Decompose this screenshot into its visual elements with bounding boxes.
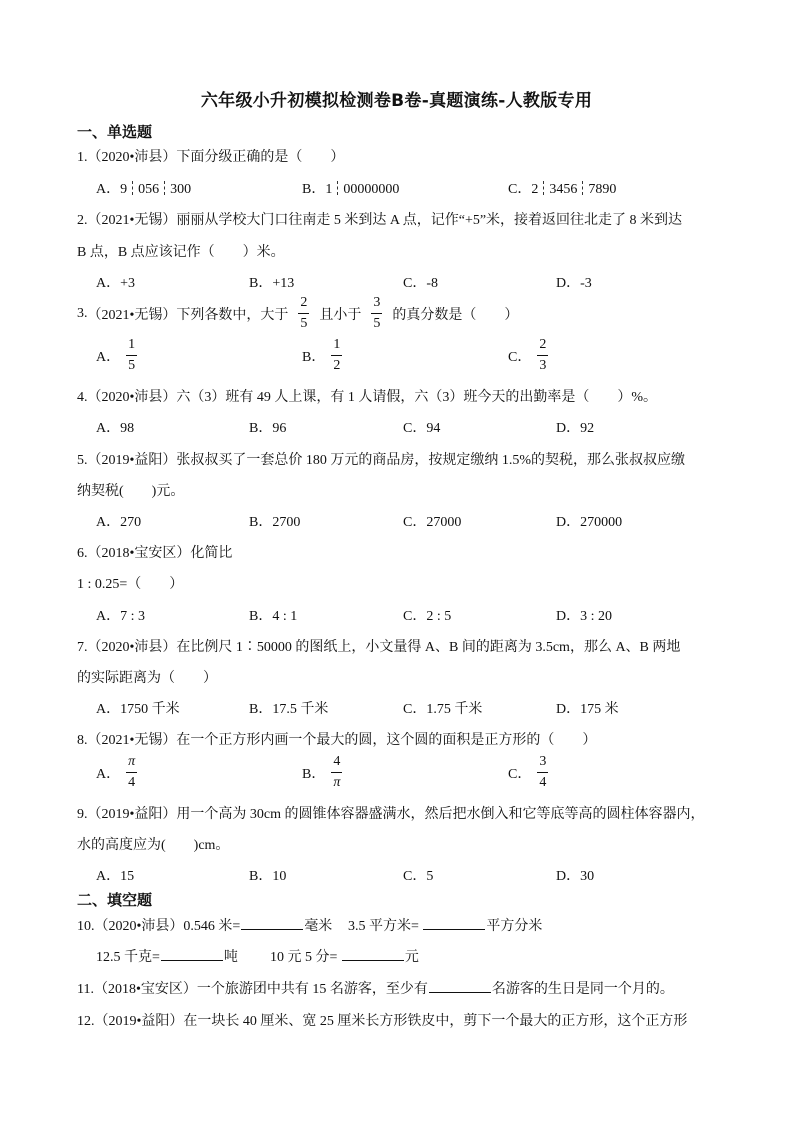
q9-option-a: A．15: [96, 865, 134, 885]
fraction: 15: [126, 338, 137, 373]
q9-option-d: D．30: [556, 865, 594, 885]
q6-option-d: D．3 : 20: [556, 605, 612, 625]
digit-group-separator: [164, 181, 165, 195]
question-number: 1.: [77, 150, 88, 165]
question-10-item-4: 10 元 5 分= 元: [270, 946, 419, 966]
fraction: 34: [537, 755, 548, 790]
question-6-line-2: 1 : 0.25=（ ）: [77, 573, 183, 593]
question-2: 2.（2021•无锡）丽丽从学校大门口往南走 5 米到达 A 点，记作“+5”米…: [77, 209, 682, 229]
question-2-line-2: B 点，B 点应该记作（ ）米。: [77, 241, 285, 261]
question-stem: （2020•沛县）下面分级正确的是（ ）: [88, 150, 345, 165]
answer-blank[interactable]: [241, 915, 303, 930]
q6-option-b: B．4 : 1: [249, 605, 297, 625]
q6-option-c: C．2 : 5: [403, 605, 451, 625]
digit-group-separator: [543, 181, 544, 195]
q5-option-c: C．27000: [403, 511, 461, 531]
q3-option-a: A． 15: [96, 338, 143, 373]
digit-group-separator: [337, 181, 338, 195]
digit-group-separator: [132, 181, 133, 195]
q9-option-c: C．5: [403, 865, 433, 885]
q9-option-b: B．10: [249, 865, 286, 885]
q7-option-d: D．175 米: [556, 698, 619, 718]
fraction: 23: [537, 338, 548, 373]
question-9-line-2: 水的高度应为( )cm。: [77, 834, 229, 854]
q2-option-b: B．+13: [249, 272, 294, 292]
q4-option-b: B．96: [249, 417, 286, 437]
q7-option-b: B．17.5 千米: [249, 698, 328, 718]
answer-blank[interactable]: [342, 946, 404, 961]
question-7: 7.（2020•沛县）在比例尺 1∶50000 的图纸上，小文量得 A、B 间的…: [77, 636, 680, 656]
q4-option-d: D．92: [556, 417, 594, 437]
question-11: 11.（2018•宝安区）一个旅游团中共有 15 名游客，至少有名游客的生日是同…: [77, 978, 674, 998]
q4-option-a: A．98: [96, 417, 134, 437]
fraction: 4π: [331, 755, 342, 790]
q4-option-c: C．94: [403, 417, 440, 437]
q5-option-a: A．270: [96, 511, 141, 531]
question-10-item-2: 3.5 平方米= 平方分米: [348, 915, 542, 935]
question-10-item-3: 12.5 千克=吨: [96, 946, 238, 966]
q5-option-b: B．2700: [249, 511, 300, 531]
q3-option-c: C． 23: [508, 338, 554, 373]
q2-option-c: C．-8: [403, 272, 438, 292]
question-10: 10.（2020•沛县）0.546 米=毫米: [77, 915, 332, 935]
q7-option-c: C．1.75 千米: [403, 698, 482, 718]
question-3: 3.（2021•无锡）下列各数中，大于 25 且小于 35 的真分数是（ ）: [77, 296, 518, 331]
question-8: 8.（2021•无锡）在一个正方形内画一个最大的圆，这个圆的面积是正方形的（ ）: [77, 729, 596, 749]
question-5-line-2: 纳契税( )元。: [77, 480, 184, 500]
question-6: 6.（2018•宝安区）化简比: [77, 542, 232, 562]
q8-option-c: C． 34: [508, 755, 554, 790]
answer-blank[interactable]: [423, 915, 485, 930]
question-5: 5.（2019•益阳）张叔叔买了一套总价 180 万元的商品房，按规定缴纳 1.…: [77, 449, 685, 469]
fraction: 35: [371, 296, 382, 331]
q8-option-a: A． π4: [96, 755, 143, 790]
q1-option-b: B．100000000: [302, 178, 399, 198]
answer-blank[interactable]: [429, 978, 491, 993]
question-12: 12.（2019•益阳）在一块长 40 厘米、宽 25 厘米长方形铁皮中，剪下一…: [77, 1010, 687, 1030]
q1-option-c: C．234567890: [508, 178, 616, 198]
q3-option-b: B． 12: [302, 338, 348, 373]
question-9: 9.（2019•益阳）用一个高为 30cm 的圆锥体容器盛满水，然后把水倒入和它…: [77, 803, 705, 823]
q5-option-d: D．270000: [556, 511, 622, 531]
q8-option-b: B． 4π: [302, 755, 348, 790]
q1-option-a: A．9056300: [96, 178, 191, 198]
fraction: 25: [298, 296, 309, 331]
section-heading-single-choice: 一、单选题: [77, 121, 152, 142]
fraction: 12: [331, 338, 342, 373]
page-title: 六年级小升初模拟检测卷B卷-真题演练-人教版专用: [0, 86, 793, 111]
q2-option-d: D．-3: [556, 272, 592, 292]
digit-group-separator: [582, 181, 583, 195]
question-1: 1.（2020•沛县）下面分级正确的是（ ）: [77, 146, 344, 166]
fraction: π4: [126, 755, 137, 790]
question-4: 4.（2020•沛县）六（3）班有 49 人上课，有 1 人请假，六（3）班今天…: [77, 386, 657, 406]
answer-blank[interactable]: [161, 946, 223, 961]
question-7-line-2: 的实际距离为（ ）: [77, 667, 217, 687]
q2-option-a: A．+3: [96, 272, 135, 292]
q7-option-a: A．1750 千米: [96, 698, 180, 718]
q6-option-a: A．7 : 3: [96, 605, 145, 625]
section-heading-fill-in: 二、填空题: [77, 889, 152, 910]
